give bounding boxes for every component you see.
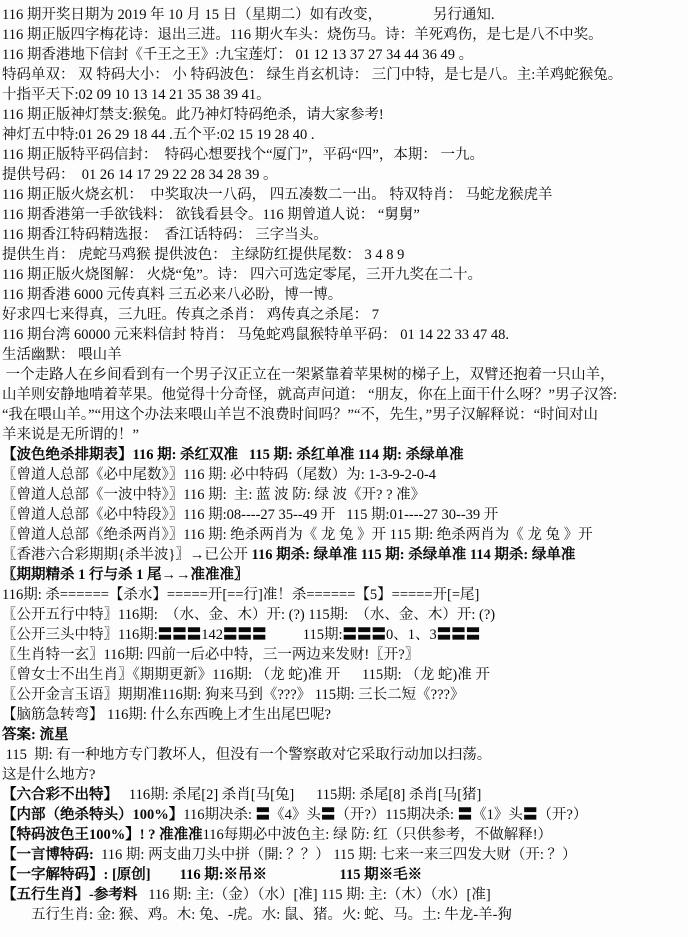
text-segment: 这是什么地方? xyxy=(2,767,95,783)
text-segment: 116期: 杀尾[2] 杀肖[马[兔] 115期: 杀尾[8] 杀肖[马[猪] xyxy=(118,787,481,803)
text-segment: 〖曾道人总部《一波中特》〗116 期: 主: 蓝 波 防: 绿 波《开? ? 准… xyxy=(2,487,425,503)
text-line: 116 期正版火烧图解： 火烧“兔”。诗： 四六可选定零尾，三开九奖在二十。 xyxy=(2,265,686,285)
text-segment: 0、1、3 xyxy=(386,627,437,643)
text-line: 116 期香港地下信封《千王之王》:九宝莲灯： 01 12 13 37 27 3… xyxy=(2,45,686,65)
text-line: 【特码波色王100%】! ? 准准准116每期必中波色主: 绿 防: 红（只供参… xyxy=(2,825,686,845)
text-segment: 十指平天下:02 09 10 13 14 21 35 38 39 41。 xyxy=(2,87,271,103)
text-segment: 〖曾女士不出生肖〗《期期更新》116期: （龙 蛇)准 开 115期: （龙 蛇… xyxy=(2,667,490,683)
text-segment: 提供号码： 01 26 14 17 29 22 28 34 28 39 。 xyxy=(2,167,278,183)
text-segment: 【五行生肖】-参考料 xyxy=(2,887,137,903)
text-segment: 116 期: 主:（金）（水）[准] 115 期: 主:（木）（水）[准] xyxy=(137,887,490,903)
text-segment: 116 期开奖日期为 2019 年 10 月 15 日（星期二）如有改变， 另行… xyxy=(2,7,494,23)
text-segment: 116 期正版四字梅花诗：退出三进。116 期火车头：烧伤马。诗：羊死鸡伤，是七… xyxy=(2,27,603,43)
text-line: 这是什么地方? xyxy=(2,765,686,785)
text-line: 生活幽默： 喂山羊 xyxy=(2,345,686,365)
text-line: 116期: 杀======【杀水】=====开[==行]准！杀======【5】… xyxy=(2,585,686,605)
text-line: 一个走路人在乡间看到有一个男子汉正立在一架紧靠着苹果树的梯子上，双臂还抱着一只山… xyxy=(2,365,686,385)
text-segment: 〓〓〓 xyxy=(343,627,387,643)
text-segment: （开?）115期决杀: xyxy=(335,807,457,823)
text-segment: 115 期: 有一种地方专门教坏人，但没有一个警察敢对它采取行动加以扫荡。 xyxy=(2,747,491,763)
text-segment: 〓〓〓 xyxy=(158,627,202,643)
text-line: 〖期期精杀 1 行与杀 1 尾→→准准准〗 xyxy=(2,565,686,585)
text-line: 【五行生肖】-参考料 116 期: 主:（金）（水）[准] 115 期: 主:（… xyxy=(2,885,686,905)
text-line: 【一字解特码】: [原创] 116 期:※吊※ 115 期※毛※ xyxy=(2,865,686,885)
text-line: 〖香港六合彩期期{杀半波}〗→已公开 116 期杀: 绿单准 115 期: 杀绿… xyxy=(2,545,686,565)
text-segment: 116每期必中波色主: 绿 防: 红（只供参考，不做解释!） xyxy=(203,827,552,843)
text-segment: 五行生肖: 金: 猴、鸡。木: 兔、-虎。水: 鼠、猪。火: 蛇、马。土: 牛龙… xyxy=(2,907,512,923)
text-segment: 特码单双： 双 特码大小： 小 特码波色： 绿生肖玄机诗： 三门中特，是七是八。… xyxy=(2,67,622,83)
text-segment: 142 xyxy=(201,627,223,643)
text-segment: 答案: 流星 xyxy=(2,727,68,743)
text-segment: 【一言博特码: xyxy=(2,847,97,863)
text-segment: 115期: xyxy=(267,627,343,643)
text-line: 116 期香江特码精选报： 香江话特码： 三字当头。 xyxy=(2,225,686,245)
text-line: 116 期正版火烧玄机： 中奖取决一八码， 四五凑数二一出。 特双特肖： 马蛇龙… xyxy=(2,185,686,205)
text-segment: 【一字解特码】: [原创] xyxy=(2,867,151,883)
text-line: 116 期正版神灯禁支:猴兔。此乃神灯特码绝杀，请大家参考! xyxy=(2,105,686,125)
text-line: 〖曾道人总部《必中尾数》〗116 期: 必中特码（尾数）为: 1-3-9-2-0… xyxy=(2,465,686,485)
text-segment: 【特码波色王100%】! ? 准准准 xyxy=(2,827,203,843)
text-line: 【脑筋急转弯】 116期: 什么东西晚上才生出尾巴呢? xyxy=(2,705,686,725)
text-segment: 〖公开三头中特〗116期: xyxy=(2,627,158,643)
text-segment: 116 期正版神灯禁支:猴兔。此乃神灯特码绝杀，请大家参考! xyxy=(2,107,384,123)
text-segment: 〖曾道人总部《必中尾数》〗116 期: 必中特码（尾数）为: 1-3-9-2-0… xyxy=(2,467,436,483)
text-line: 〖公开五行中特〗116期: （水、金、木）开: (?) 115期: （水、金、木… xyxy=(2,605,686,625)
text-line: 116 期开奖日期为 2019 年 10 月 15 日（星期二）如有改变， 另行… xyxy=(2,5,686,25)
text-line: 〖生肖特一玄〗116期: 四前一后必中特，三一两边来发财!〖开?〗 xyxy=(2,645,686,665)
text-segment: 〖公开五行中特〗116期: （水、金、木）开: (?) 115期: （水、金、木… xyxy=(2,607,495,623)
text-segment: 〓〓〓 xyxy=(223,627,267,643)
text-line: 答案: 流星 xyxy=(2,725,686,745)
text-line: 〖曾女士不出生肖〗《期期更新》116期: （龙 蛇)准 开 115期: （龙 蛇… xyxy=(2,665,686,685)
text-line: 特码单双： 双 特码大小： 小 特码波色： 绿生肖玄机诗： 三门中特，是七是八。… xyxy=(2,65,686,85)
text-segment: 〖香港六合彩期期{杀半波}〗→已公开 xyxy=(2,547,252,563)
text-line: “我在喂山羊。”“用这个办法来喂山羊岂不浪费时间吗？”“不，先生，”男子汉解释说… xyxy=(2,405,686,425)
text-line: 五行生肖: 金: 猴、鸡。木: 兔、-虎。水: 鼠、猪。火: 蛇、马。土: 牛龙… xyxy=(2,905,686,925)
text-segment: 一个走路人在乡间看到有一个男子汉正立在一架紧靠着苹果树的梯子上，双臂还抱着一只山… xyxy=(2,367,615,383)
text-segment: 116 期杀: 绿单准 115 期: 杀绿单准 114 期杀: 绿单准 xyxy=(252,547,576,563)
text-segment: 〖曾道人总部《绝杀两肖》〗116 期: 绝杀两肖为《 龙 兔 》开 115 期:… xyxy=(2,527,593,543)
text-segment: 〓 xyxy=(523,807,538,823)
text-segment: 116 期正版特平码信封： 特码心想要找个“厦门”，平码“四”，本期： 一九。 xyxy=(2,147,484,163)
text-segment: 〓〓〓 xyxy=(437,627,481,643)
text-segment: 〓 xyxy=(256,807,271,823)
text-segment: （开?） xyxy=(537,807,587,823)
text-line: 好求四七来得真，三九旺。传真之杀肖： 鸡传真之杀尾： 7 xyxy=(2,305,686,325)
text-line: 【波色绝杀排期表】116 期: 杀红双准 115 期: 杀红单准 114 期: … xyxy=(2,445,686,465)
text-segment: 山羊则安静地啃着苹果。他觉得十分奇怪，就高声问道： “朋友，你在上面干什么呀？”… xyxy=(2,387,617,403)
text-segment: “我在喂山羊。”“用这个办法来喂山羊岂不浪费时间吗？”“不，先生，”男子汉解释说… xyxy=(2,407,598,423)
text-segment: 《1》头 xyxy=(472,807,523,823)
text-segment: 115 期※毛※ xyxy=(267,867,422,883)
text-segment: 【脑筋急转弯】 116期: 什么东西晚上才生出尾巴呢? xyxy=(2,707,331,723)
text-line: 〖公开三头中特〗116期:〓〓〓142〓〓〓 115期:〓〓〓0、1、3〓〓〓 xyxy=(2,625,686,645)
text-segment: 〖曾道人总部《必中特段》〗116 期:08----27 35--49 开 115… xyxy=(2,507,498,523)
text-segment: 【六合彩不出特】 xyxy=(2,787,118,803)
text-segment: 【波色绝杀排期表】116 期: 杀红双准 115 期: 杀红单准 114 期: … xyxy=(2,447,464,463)
text-segment: 《4》头 xyxy=(270,807,321,823)
text-line: 〖曾道人总部《一波中特》〗116 期: 主: 蓝 波 防: 绿 波《开? ? 准… xyxy=(2,485,686,505)
text-segment: 【内部（绝杀特头）100%】 xyxy=(2,807,183,823)
fax-document: 116 期开奖日期为 2019 年 10 月 15 日（星期二）如有改变， 另行… xyxy=(0,0,688,925)
text-segment: 116 期香港第一手欲钱料： 欲钱看县令。116 期曾道人说： “舅舅” xyxy=(2,207,420,223)
text-line: 116 期台湾 60000 元来料信封 特肖： 马兔蛇鸡鼠猴特单平码： 01 1… xyxy=(2,325,686,345)
text-segment: 116 期香港地下信封《千王之王》:九宝莲灯： 01 12 13 37 27 3… xyxy=(2,47,473,63)
text-line: 116 期正版特平码信封： 特码心想要找个“厦门”，平码“四”，本期： 一九。 xyxy=(2,145,686,165)
text-segment: 116期: 杀======【杀水】=====开[==行]准！杀======【5】… xyxy=(2,587,479,603)
text-line: 【内部（绝杀特头）100%】116期决杀: 〓《4》头〓（开?）115期决杀: … xyxy=(2,805,686,825)
text-line: 116 期香港 6000 元传真料 三五必来八必盼，博一博。 xyxy=(2,285,686,305)
text-line: 〖公开金言玉语〗期期准116期: 狗来马到《???》 115期: 三长二短《??… xyxy=(2,685,686,705)
text-segment: 116 期香江特码精选报： 香江话特码： 三字当头。 xyxy=(2,227,328,243)
text-segment: 116期决杀: xyxy=(183,807,255,823)
text-segment: 好求四七来得真，三九旺。传真之杀肖： 鸡传真之杀尾： 7 xyxy=(2,307,379,323)
text-segment: 羊来说是无所谓的！” xyxy=(2,427,139,443)
text-line: 提供生肖： 虎蛇马鸡猴 提供波色： 主绿防红提供尾数： 3 4 8 9 xyxy=(2,245,686,265)
text-segment: 116 期正版火烧玄机： 中奖取决一八码， 四五凑数二一出。 特双特肖： 马蛇龙… xyxy=(2,187,552,203)
text-line: 十指平天下:02 09 10 13 14 21 35 38 39 41。 xyxy=(2,85,686,105)
text-segment: 神灯五中特:01 26 29 18 44 .五个平:02 15 19 28 40… xyxy=(2,127,315,143)
text-segment: 116 期: 两支曲刀头中拼（開: ？？） 115 期: 七来一来三四发大财（开… xyxy=(97,847,576,863)
text-line: 116 期香港第一手欲钱料： 欲钱看县令。116 期曾道人说： “舅舅” xyxy=(2,205,686,225)
text-line: 神灯五中特:01 26 29 18 44 .五个平:02 15 19 28 40… xyxy=(2,125,686,145)
text-line: 〖曾道人总部《必中特段》〗116 期:08----27 35--49 开 115… xyxy=(2,505,686,525)
text-line: 【一言博特码: 116 期: 两支曲刀头中拼（開: ？？） 115 期: 七来一… xyxy=(2,845,686,865)
text-line: 羊来说是无所谓的！” xyxy=(2,425,686,445)
text-line: 【六合彩不出特】 116期: 杀尾[2] 杀肖[马[兔] 115期: 杀尾[8]… xyxy=(2,785,686,805)
text-segment: 〖期期精杀 1 行与杀 1 尾→→准准准〗 xyxy=(2,567,249,583)
text-segment: 〖生肖特一玄〗116期: 四前一后必中特，三一两边来发财!〖开?〗 xyxy=(2,647,419,663)
text-segment: 提供生肖： 虎蛇马鸡猴 提供波色： 主绿防红提供尾数： 3 4 8 9 xyxy=(2,247,404,263)
text-segment: 〓 xyxy=(321,807,336,823)
text-line: 116 期正版四字梅花诗：退出三进。116 期火车头：烧伤马。诗：羊死鸡伤，是七… xyxy=(2,25,686,45)
text-line: 提供号码： 01 26 14 17 29 22 28 34 28 39 。 xyxy=(2,165,686,185)
text-line: 115 期: 有一种地方专门教坏人，但没有一个警察敢对它采取行动加以扫荡。 xyxy=(2,745,686,765)
text-line: 〖曾道人总部《绝杀两肖》〗116 期: 绝杀两肖为《 龙 兔 》开 115 期:… xyxy=(2,525,686,545)
text-segment: 〖公开金言玉语〗期期准116期: 狗来马到《???》 115期: 三长二短《??… xyxy=(2,687,464,703)
text-segment: 116 期香港 6000 元传真料 三五必来八必盼，博一博。 xyxy=(2,287,342,303)
text-segment: 116 期台湾 60000 元来料信封 特肖： 马兔蛇鸡鼠猴特单平码： 01 1… xyxy=(2,327,509,343)
text-segment: 生活幽默： 喂山羊 xyxy=(2,347,122,363)
text-line: 山羊则安静地啃着苹果。他觉得十分奇怪，就高声问道： “朋友，你在上面干什么呀？”… xyxy=(2,385,686,405)
text-segment: 116 期:※吊※ xyxy=(151,867,267,883)
text-segment: 116 期正版火烧图解： 火烧“兔”。诗： 四六可选定零尾，三开九奖在二十。 xyxy=(2,267,482,283)
text-segment: 〓 xyxy=(458,807,473,823)
